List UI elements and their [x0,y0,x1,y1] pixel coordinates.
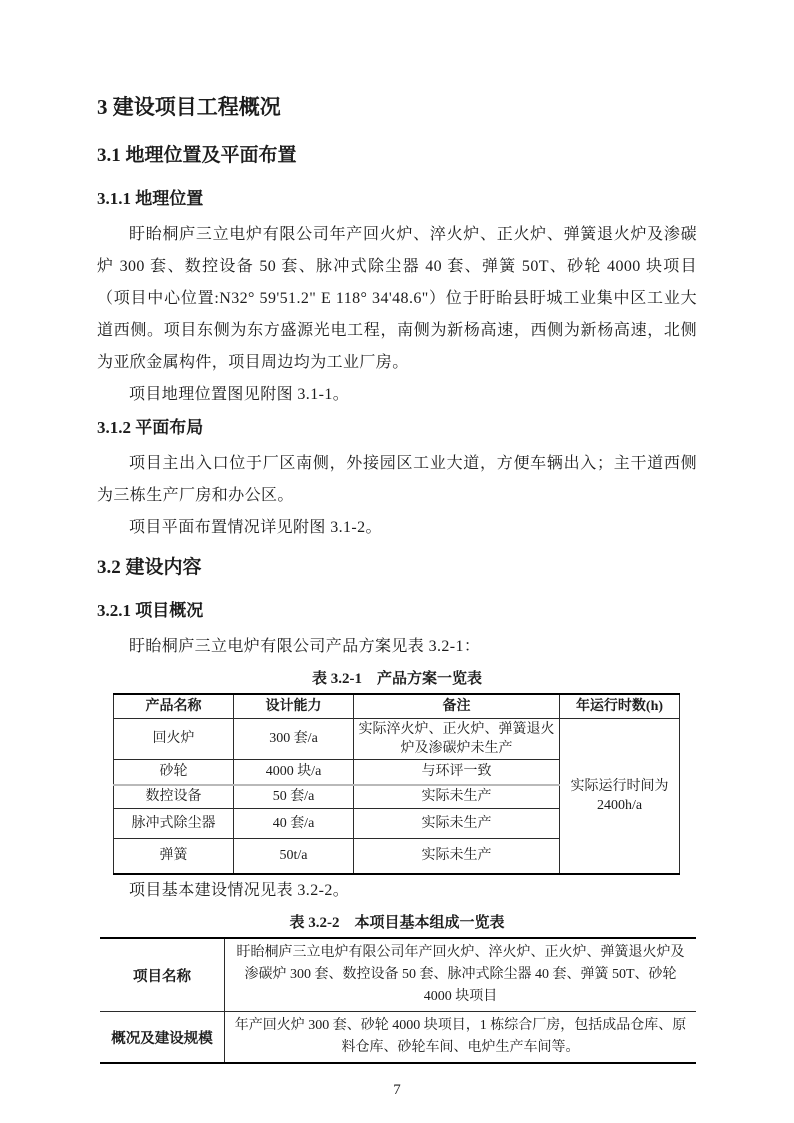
cell-capacity: 300 套/a [234,718,354,759]
cell-remark: 实际未生产 [354,838,560,874]
table-row: 项目名称 盱眙桐庐三立电炉有限公司年产回火炉、淬火炉、正火炉、弹簧退火炉及渗碳炉… [100,938,696,1012]
paragraph-geographic-location: 盱眙桐庐三立电炉有限公司年产回火炉、淬火炉、正火炉、弹簧退火炉及渗碳炉 300 … [97,219,697,379]
cell-remark: 实际未生产 [354,785,560,808]
column-header-product-name: 产品名称 [114,694,234,718]
table-header-row: 产品名称 设计能力 备注 年运行时数(h) [114,694,680,718]
section-3-1-heading: 3.1 地理位置及平面布置 [97,144,697,168]
project-composition-table: 项目名称 盱眙桐庐三立电炉有限公司年产回火炉、淬火炉、正火炉、弹簧退火炉及渗碳炉… [100,937,696,1064]
cell-capacity: 50 套/a [234,785,354,808]
paragraph-location-figure-ref: 项目地理位置图见附图 3.1-1。 [97,379,697,411]
section-3-2-heading: 3.2 建设内容 [97,556,697,580]
cell-row-content: 盱眙桐庐三立电炉有限公司年产回火炉、淬火炉、正火炉、弹簧退火炉及渗碳炉 300 … [225,938,697,1012]
cell-remark: 实际未生产 [354,808,560,838]
table-row: 概况及建设规模 年产回火炉 300 套、砂轮 4000 块项目，1 栋综合厂房，… [100,1012,696,1064]
cell-row-label: 概况及建设规模 [100,1012,225,1064]
cell-capacity: 50t/a [234,838,354,874]
cell-remark: 与环评一致 [354,759,560,785]
cell-remark: 实际淬火炉、正火炉、弹簧退火炉及渗碳炉未生产 [354,718,560,759]
cell-product-name: 弹簧 [114,838,234,874]
cell-product-name: 脉冲式除尘器 [114,808,234,838]
table-2-caption: 表 3.2-2 本项目基本组成一览表 [97,913,697,934]
document-page: 3 建设项目工程概况 3.1 地理位置及平面布置 3.1.1 地理位置 盱眙桐庐… [0,0,794,1123]
cell-product-name: 砂轮 [114,759,234,785]
section-3-1-2-heading: 3.1.2 平面布局 [97,417,697,438]
cell-capacity: 40 套/a [234,808,354,838]
table-row: 回火炉 300 套/a 实际淬火炉、正火炉、弹簧退火炉及渗碳炉未生产 实际运行时… [114,718,680,759]
paragraph-product-plan-intro: 盱眙桐庐三立电炉有限公司产品方案见表 3.2-1： [97,631,697,663]
table-1-caption: 表 3.2-1 产品方案一览表 [97,669,697,690]
chapter-heading: 3 建设项目工程概况 [97,94,697,120]
section-3-1-1-heading: 3.1.1 地理位置 [97,188,697,209]
page-number: 7 [97,1082,697,1099]
paragraph-layout-figure-ref: 项目平面布置情况详见附图 3.1-2。 [97,512,697,544]
paragraph-site-layout: 项目主出入口位于厂区南侧，外接园区工业大道，方便车辆出入；主干道西侧为三栋生产厂… [97,448,697,512]
cell-capacity: 4000 块/a [234,759,354,785]
cell-row-label: 项目名称 [100,938,225,1012]
cell-product-name: 回火炉 [114,718,234,759]
product-plan-table: 产品名称 设计能力 备注 年运行时数(h) 回火炉 300 套/a 实际淬火炉、… [113,693,680,875]
cell-product-name: 数控设备 [114,785,234,808]
section-3-2-1-heading: 3.2.1 项目概况 [97,600,697,621]
column-header-annual-hours: 年运行时数(h) [560,694,680,718]
paragraph-basic-construction-ref: 项目基本建设情况见表 3.2-2。 [97,875,697,907]
cell-runtime-merged: 实际运行时间为2400h/a [560,718,680,874]
cell-row-content: 年产回火炉 300 套、砂轮 4000 块项目，1 栋综合厂房，包括成品仓库、原… [225,1012,697,1064]
column-header-remark: 备注 [354,694,560,718]
column-header-design-capacity: 设计能力 [234,694,354,718]
